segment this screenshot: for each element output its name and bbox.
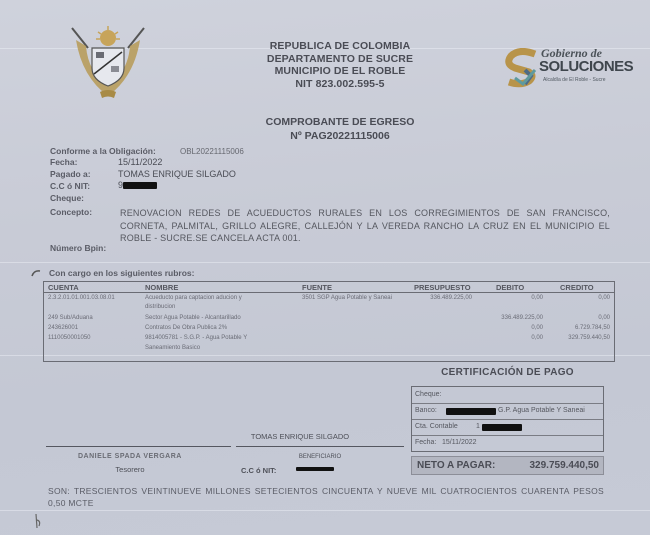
- paper-crease: [0, 262, 650, 263]
- obligacion-value: OBL20221115006: [180, 147, 244, 156]
- coat-of-arms-icon: [68, 22, 148, 102]
- document-number: Nº PAG20221115006: [240, 129, 440, 143]
- gov-logo-line3: Alcaldía de El Roble - Sucre: [543, 77, 606, 83]
- tesorero-name: DANIELE SPADA VERGARA: [78, 453, 182, 460]
- cert-cta-prefix: 1: [476, 423, 480, 430]
- row1-nombre: Sector Agua Potable - Alcantarillado: [145, 315, 241, 321]
- cert-fecha-label: Fecha:: [415, 439, 436, 446]
- beneficiario-nit-label: C.C ó NIT:: [241, 466, 276, 475]
- tesorero-role: Tesorero: [100, 465, 160, 474]
- row3-nombre-2: Saneamiento Basico: [145, 345, 200, 351]
- nit-value: 9: [118, 180, 157, 190]
- row3-nombre-1: 9814005781 - S.G.P. - Agua Potable Y: [145, 335, 247, 341]
- pagado-label: Pagado a:: [50, 169, 91, 179]
- cert-banco-row: Banco: G.P. Agua Potable Y Saneai: [412, 403, 603, 420]
- banco-redaction: [446, 408, 496, 415]
- cert-banco-value: G.P. Agua Potable Y Saneai: [498, 407, 585, 414]
- document-paper: REPUBLICA DE COLOMBIA DEPARTAMENTO DE SU…: [0, 0, 650, 535]
- nit-label: C.C ó NIT:: [50, 181, 90, 191]
- cert-cheque-row: Cheque:: [412, 387, 603, 404]
- certificacion-title: CERTIFICACIÓN DE PAGO: [410, 367, 605, 378]
- row2-credito: 6.729.784,50: [575, 325, 610, 331]
- concepto-value: RENOVACION REDES DE ACUEDUCTOS RURALES E…: [120, 207, 610, 245]
- government-logo: Gobierno de SOLUCIONES Alcaldía de El Ro…: [505, 46, 620, 92]
- header-department: DEPARTAMENTO DE SUCRE: [240, 53, 440, 66]
- tesorero-signature-line: [46, 446, 231, 447]
- amount-in-words: SON: TRESCIENTOS VEINTINUEVE MILLONES SE…: [48, 485, 604, 509]
- paper-mark-icon: [33, 512, 43, 530]
- issuer-header: REPUBLICA DE COLOMBIA DEPARTAMENTO DE SU…: [240, 40, 440, 90]
- row2-cuenta: 243626001: [48, 325, 78, 331]
- row0-nombre-2: distribucion: [145, 304, 175, 310]
- cert-fecha-row: Fecha: 15/11/2022: [412, 435, 603, 451]
- col-cuenta: CUENTA: [48, 283, 79, 292]
- row1-cuenta: 249 Sub/Aduana: [48, 315, 93, 321]
- row0-cuenta: 2.3.2.01.01.001.03.08.01: [48, 295, 115, 301]
- row1-credito: 0,00: [598, 315, 610, 321]
- row3-debito: 0,00: [531, 335, 543, 341]
- gov-logo-line2: SOLUCIONES: [539, 58, 633, 75]
- paper-crease: [0, 510, 650, 511]
- header-municipality: MUNICIPIO DE EL ROBLE: [240, 65, 440, 78]
- bpin-label: Número Bpin:: [50, 243, 106, 253]
- certificacion-box: Cheque: Banco: G.P. Agua Potable Y Sanea…: [411, 386, 604, 452]
- beneficiario-role: BENEFICIARIO: [270, 454, 370, 460]
- cert-fecha-value: 15/11/2022: [442, 439, 477, 446]
- cta-redaction: [482, 424, 522, 431]
- gov-s-logo-icon: [505, 48, 539, 88]
- concepto-label: Concepto:: [50, 207, 92, 217]
- document-title: COMPROBANTE DE EGRESO: [240, 115, 440, 129]
- row3-credito: 329.759.440,50: [568, 335, 610, 341]
- col-presupuesto: PRESUPUESTO: [414, 283, 471, 292]
- row2-debito: 0,00: [531, 325, 543, 331]
- beneficiario-name: TOMAS ENRIQUE SILGADO: [230, 432, 370, 441]
- neto-value: 329.759.440,50: [529, 460, 599, 471]
- neto-a-pagar-box: NETO A PAGAR: 329.759.440,50: [411, 456, 604, 475]
- row2-nombre: Contratos De Obra Publica 2%: [145, 325, 227, 331]
- cheque-label: Cheque:: [50, 193, 84, 203]
- row0-debito: 0,00: [531, 295, 543, 301]
- rubros-table-header: CUENTA NOMBRE FUENTE PRESUPUESTO DEBITO …: [44, 282, 614, 293]
- col-credito: CREDITO: [560, 283, 594, 292]
- row0-credito: 0,00: [598, 295, 610, 301]
- cert-cta-row: Cta. Contable 1: [412, 419, 603, 436]
- rubros-title: Con cargo en los siguientes rubros:: [49, 268, 194, 278]
- rubros-table: CUENTA NOMBRE FUENTE PRESUPUESTO DEBITO …: [43, 281, 615, 362]
- cert-cta-label: Cta. Contable: [415, 423, 458, 430]
- pagado-value: TOMAS ENRIQUE SILGADO: [118, 169, 236, 179]
- neto-label: NETO A PAGAR:: [417, 460, 495, 471]
- header-nit: NIT 823.002.595-5: [240, 78, 440, 91]
- row1-debito: 336.489.225,00: [501, 315, 543, 321]
- col-nombre: NOMBRE: [145, 283, 178, 292]
- obligacion-label: Conforme a la Obligación:: [50, 146, 156, 156]
- row0-nombre-1: Acueducto para captacion aducion y: [145, 295, 242, 301]
- col-debito: DEBITO: [496, 283, 524, 292]
- cert-banco-label: Banco:: [415, 407, 437, 414]
- row0-fuente: 3501 SGP Agua Potable y Saneai: [302, 295, 392, 301]
- header-country: REPUBLICA DE COLOMBIA: [240, 40, 440, 53]
- beneficiario-signature-line: [236, 446, 404, 447]
- row3-cuenta: 1110050001050: [48, 335, 91, 341]
- fecha-label: Fecha:: [50, 157, 77, 167]
- document-title-block: COMPROBANTE DE EGRESO Nº PAG20221115006: [240, 115, 440, 143]
- row0-presupuesto: 336.489.225,00: [430, 295, 472, 301]
- nit-redaction: [123, 182, 157, 189]
- col-fuente: FUENTE: [302, 283, 332, 292]
- paper-mark-icon: [30, 268, 44, 280]
- cert-cheque-label: Cheque:: [415, 391, 441, 398]
- beneficiario-nit-redaction: [296, 467, 334, 471]
- fecha-value: 15/11/2022: [118, 157, 162, 167]
